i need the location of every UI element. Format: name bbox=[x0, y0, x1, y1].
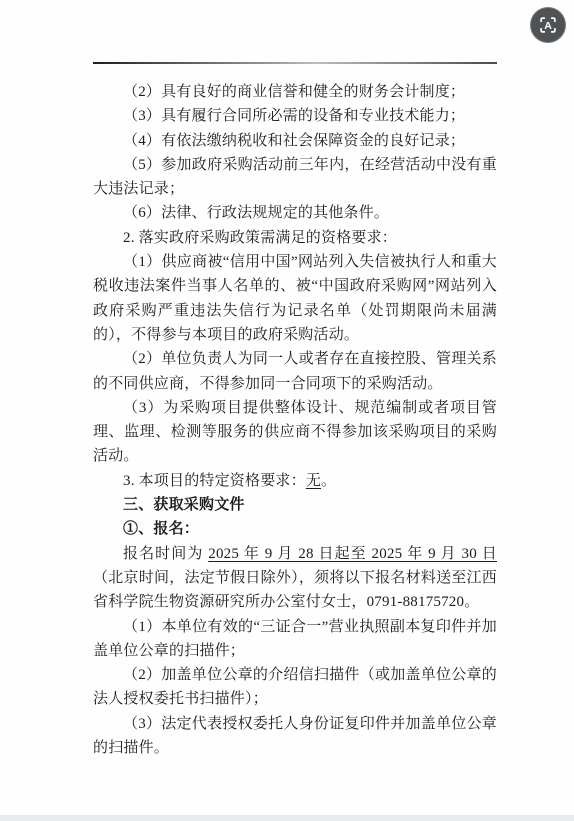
underlined-text: 2025 年 9 月 28 日起至 2025 年 9 月 30 日 bbox=[208, 546, 497, 562]
text-run: （1）本单位有效的“三证合一”营业执照副本复印件并加盖单位公章的扫描件； bbox=[93, 619, 497, 659]
text-run: 2. 落实政府采购政策需满足的资格要求： bbox=[123, 230, 397, 246]
app-background: { "page": { "background_color": "#fefefe… bbox=[0, 0, 574, 821]
text-run: 报名时间为 bbox=[123, 546, 208, 562]
paragraph: （5）参加政府采购活动前三年内，在经营活动中没有重大违法记录； bbox=[93, 153, 497, 202]
document-page: （2）具有良好的商业信誉和健全的财务会计制度；（3）具有履行合同所必需的设备和专… bbox=[0, 0, 574, 815]
ocr-letter-glyph: A bbox=[544, 20, 552, 32]
paragraph: 报名时间为 2025 年 9 月 28 日起至 2025 年 9 月 30 日（… bbox=[93, 542, 497, 615]
text-run: （3）具有履行合同所必需的设备和专业技术能力； bbox=[123, 108, 465, 124]
text-run: （3）为采购项目提供整体设计、规范编制或者项目管理、监理、检测等服务的供应商不得… bbox=[93, 400, 497, 465]
text-select-button[interactable]: A bbox=[530, 7, 566, 43]
heading-paragraph: 三、获取采购文件 bbox=[93, 493, 497, 517]
paragraph: （3）具有履行合同所必需的设备和专业技术能力； bbox=[93, 104, 497, 128]
paragraph: （2）加盖单位公章的介绍信扫描件（或加盖单位公章的法人授权委托书扫描件）； bbox=[93, 663, 497, 712]
paragraph: （6）法律、行政法规规定的其他条件。 bbox=[93, 201, 497, 225]
paragraph: 3. 本项目的特定资格要求：无。 bbox=[93, 469, 497, 493]
paragraph: （2）具有良好的商业信誉和健全的财务会计制度； bbox=[93, 80, 497, 104]
heading-paragraph: ①、报名： bbox=[93, 517, 497, 541]
document-body: （2）具有良好的商业信誉和健全的财务会计制度；（3）具有履行合同所必需的设备和专… bbox=[93, 80, 497, 760]
paragraph: （2）单位负责人为同一人或者存在直接控股、管理关系的不同供应商，不得参加同一合同… bbox=[93, 347, 497, 396]
text-run: 三、获取采购文件 bbox=[123, 497, 245, 513]
text-run: ①、报名： bbox=[123, 521, 199, 537]
paragraph: （1）供应商被“信用中国”网站列入失信被执行人和重大税收违法案件当事人名单的、被… bbox=[93, 250, 497, 347]
text-run: （5）参加政府采购活动前三年内，在经营活动中没有重大违法记录； bbox=[93, 157, 497, 197]
paragraph: （4）有依法缴纳税收和社会保障资金的良好记录； bbox=[93, 129, 497, 153]
text-run: （6）法律、行政法规规定的其他条件。 bbox=[123, 205, 389, 221]
text-run: （3）法定代表授权委托人身份证复印件并加盖单位公章的扫描件。 bbox=[93, 716, 497, 756]
text-run: 。 bbox=[321, 473, 336, 489]
text-run: 3. 本项目的特定资格要求： bbox=[123, 473, 306, 489]
paragraph: 2. 落实政府采购政策需满足的资格要求： bbox=[93, 226, 497, 250]
paragraph: （3）为采购项目提供整体设计、规范编制或者项目管理、监理、检测等服务的供应商不得… bbox=[93, 396, 497, 469]
paragraph: （3）法定代表授权委托人身份证复印件并加盖单位公章的扫描件。 bbox=[93, 712, 497, 761]
text-run: （北京时间，法定节假日除外），须将以下报名材料送至江西省科学院生物资源研究所办公… bbox=[93, 570, 497, 610]
underlined-text: 无 bbox=[306, 473, 321, 489]
paragraph: （1）本单位有效的“三证合一”营业执照副本复印件并加盖单位公章的扫描件； bbox=[93, 615, 497, 664]
text-run: （2）加盖单位公章的介绍信扫描件（或加盖单位公章的法人授权委托书扫描件）； bbox=[93, 667, 497, 707]
text-run: （2）单位负责人为同一人或者存在直接控股、管理关系的不同供应商，不得参加同一合同… bbox=[93, 351, 497, 391]
text-run: （1）供应商被“信用中国”网站列入失信被执行人和重大税收违法案件当事人名单的、被… bbox=[93, 254, 497, 343]
ocr-frame-icon: A bbox=[537, 14, 559, 36]
text-run: （2）具有良好的商业信誉和健全的财务会计制度； bbox=[123, 84, 465, 100]
page-header-rule bbox=[93, 62, 497, 64]
text-run: （4）有依法缴纳税收和社会保障资金的良好记录； bbox=[123, 133, 465, 149]
